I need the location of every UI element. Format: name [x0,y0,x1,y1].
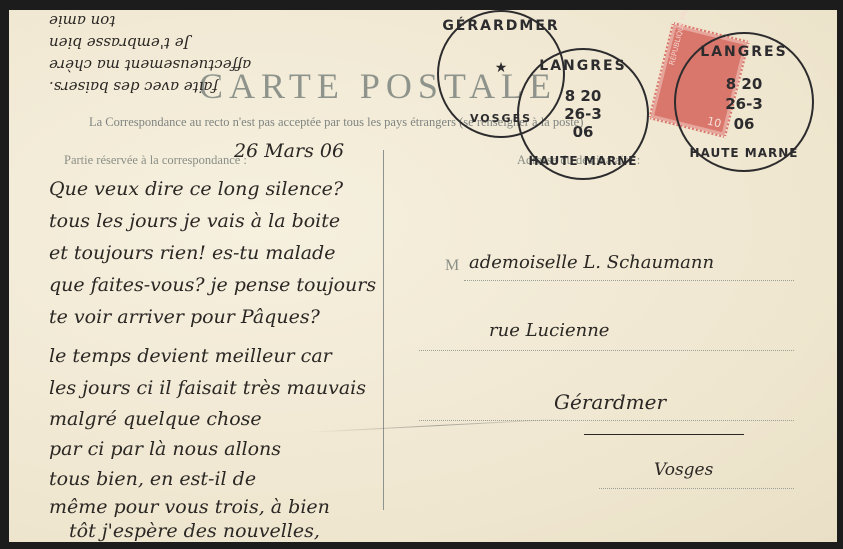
postmark-date: 26-3 [519,106,647,123]
message-line: par ci par là nous allons [49,438,281,460]
postmark-langres-2: LANGRES 8 20 26-3 06 HAUTE MARNE [674,32,814,172]
address-city: Gérardmer [554,390,666,414]
message-line: te voir arriver pour Pâques? [49,306,320,328]
message-line: et toujours rien! es-tu malade [49,242,335,264]
postmark-region: HAUTE MARNE [519,154,647,168]
message-line: malgré quelque chose [49,408,262,430]
message-line: le temps devient meilleur car [49,345,332,367]
upside-line: affectueusement ma chère [49,54,349,76]
message-line: tôt j'espère des nouvelles, [69,520,320,542]
address-prefix: M [445,257,459,275]
postmark-year: 06 [519,124,647,141]
postmark-town: LANGRES [676,44,812,60]
postcard: CARTE POSTALE La Correspondance au recto… [9,10,837,542]
upside-line: faite avec des baisers. [49,76,349,98]
address-rule [419,420,794,421]
upside-line: Je t'embrasse bien [49,32,349,54]
postmark-time: 8 20 [676,76,812,93]
message-date: 26 Mars 06 [234,140,344,162]
postmark-town: GÉRARDMER [439,18,563,34]
address-name: ademoiselle L. Schaumann [469,252,714,273]
correspondence-label: Partie réservée à la correspondance : [64,153,247,168]
address-underline [584,434,744,435]
message-line: que faites-vous? je pense toujours [49,274,376,296]
message-line: même pour vous trois, à bien [49,496,330,518]
address-department: Vosges [654,460,713,480]
message-line: tous bien, en est-il de [49,468,256,490]
postmark-date: 26-3 [676,96,812,113]
address-street: rue Lucienne [489,320,609,341]
postmark-year: 06 [676,116,812,133]
address-rule [419,350,794,351]
message-line: les jours ci il faisait très mauvais [49,377,366,399]
message-line: Que veux dire ce long silence? [49,178,343,200]
center-divider [383,150,384,510]
postmark-time: 8 20 [519,88,647,105]
upside-line: ton amie [49,10,349,32]
address-rule [599,488,794,489]
message-line: tous les jours je vais à la boite [49,210,340,232]
postmark-langres-1: LANGRES 8 20 26-3 06 HAUTE MARNE [517,48,649,180]
postmark-town: LANGRES [519,58,647,74]
postmark-region: HAUTE MARNE [676,146,812,160]
address-rule [464,280,794,281]
upside-down-message: faite avec des baisers. affectueusement … [49,10,349,98]
